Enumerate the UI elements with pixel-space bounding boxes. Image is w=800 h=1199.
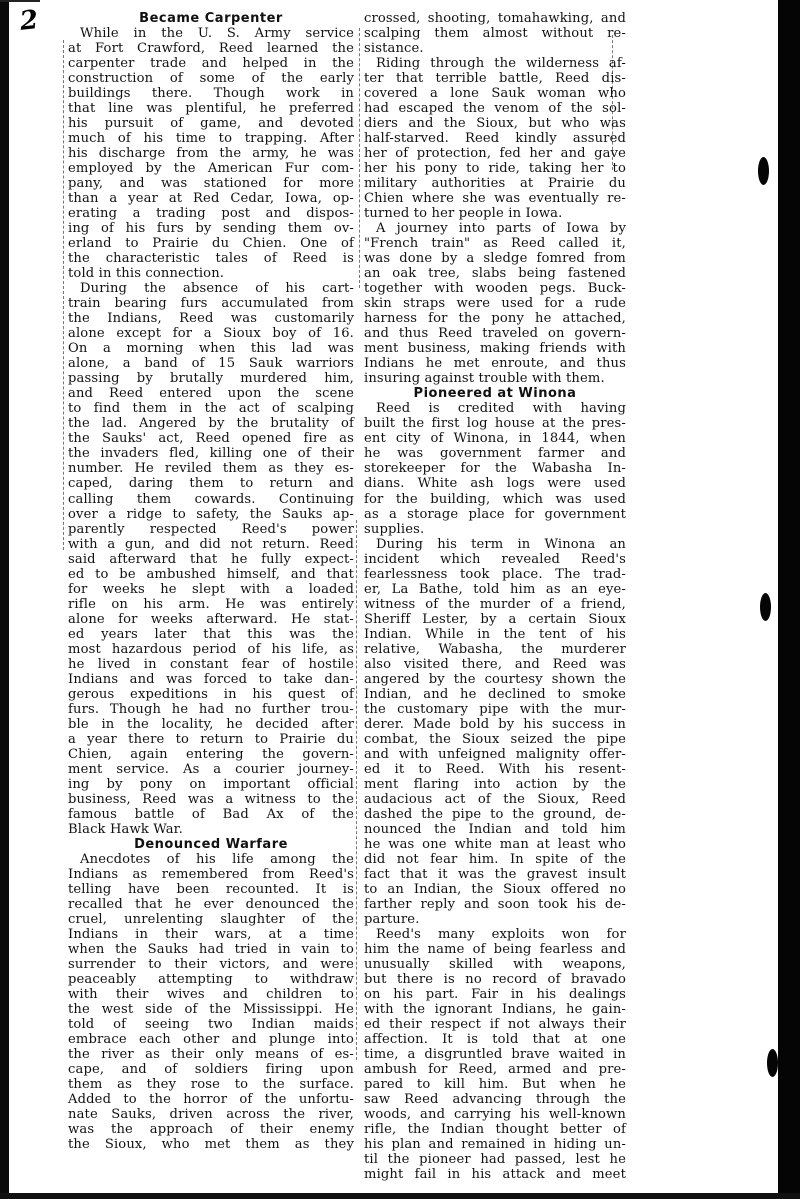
- text-line: ment flaring into action by the: [364, 777, 626, 792]
- hole-punch-mark: [760, 593, 771, 621]
- text-line: her of protection, fed her and gave: [364, 146, 626, 161]
- text-line: saw Reed advancing through the: [364, 1092, 626, 1107]
- text-line: business, Reed was a witness to the: [68, 792, 354, 807]
- text-line: time, a disgruntled brave waited in: [364, 1047, 626, 1062]
- text-line: ing of his furs by sending them ov-: [68, 221, 354, 236]
- text-line: Chien, again entering the govern-: [68, 747, 354, 762]
- text-line: for the building, which was used: [364, 492, 626, 507]
- text-line: the Indians, Reed was customarily: [68, 311, 354, 326]
- text-line: scalping them almost without re-: [364, 26, 626, 41]
- text-line: was done by a sledge fomred from: [364, 251, 626, 266]
- text-line: ment service. As a courier journey-: [68, 762, 354, 777]
- text-line: "French train" as Reed called it,: [364, 236, 626, 251]
- text-line: the invaders fled, killing one of their: [68, 446, 354, 461]
- text-line: the river as their only means of es-: [68, 1047, 354, 1062]
- text-line: and with unfeigned malignity offer-: [364, 747, 626, 762]
- text-line: parently respected Reed's power: [68, 522, 354, 537]
- text-line: skin straps were used for a rude: [364, 296, 626, 311]
- text-line: surrender to their victors, and were: [68, 957, 354, 972]
- text-line: military authorities at Prairie du: [364, 176, 626, 191]
- text-line: him the name of being fearless and: [364, 942, 626, 957]
- text-line: famous battle of Bad Ax of the: [68, 807, 354, 822]
- text-line: furs. Though he had no further trou-: [68, 702, 354, 717]
- text-line: dashed the pipe to the ground, de-: [364, 807, 626, 822]
- text-line: the Sauks' act, Reed opened fire as: [68, 431, 354, 446]
- text-line: as a storage place for government: [364, 507, 626, 522]
- column-divider: [356, 520, 357, 1060]
- text-line: nounced the Indian and told him: [364, 822, 626, 837]
- text-line: number. He reviled them as they es-: [68, 461, 354, 476]
- text-line: supplies.: [364, 522, 626, 537]
- text-line: storekeeper for the Wabasha In-: [364, 461, 626, 476]
- text-line: half-starved. Reed kindly assured: [364, 131, 626, 146]
- text-line: On a morning when this lad was: [68, 341, 354, 356]
- article-column-right: crossed, shooting, tomahawking, andscalp…: [364, 11, 626, 1182]
- text-line: that line was plentiful, he preferred: [68, 101, 354, 116]
- text-line: nate Sauks, driven across the river,: [68, 1107, 354, 1122]
- text-line: carpenter trade and helped in the: [68, 56, 354, 71]
- text-line: to an Indian, the Sioux offered no: [364, 882, 626, 897]
- text-line: Sheriff Lester, by a certain Sioux: [364, 612, 626, 627]
- scan-border-bottom: [0, 1193, 800, 1199]
- text-line: fact that it was the gravest insult: [364, 867, 626, 882]
- text-line: fearlessness took place. The trad-: [364, 567, 626, 582]
- text-line: Chien where she was eventually re-: [364, 191, 626, 206]
- text-line: over a ridge to safety, the Sauks ap-: [68, 507, 354, 522]
- text-line: turned to her people in Iowa.: [364, 206, 626, 221]
- text-line: ed years later that this was the: [68, 627, 354, 642]
- text-line: crossed, shooting, tomahawking, and: [364, 11, 626, 26]
- text-line: ed their respect if not always their: [364, 1017, 626, 1032]
- text-line: cruel, unrelenting slaughter of the: [68, 912, 354, 927]
- text-line: insuring against trouble with them.: [364, 371, 626, 386]
- text-line: said afterward that he fully expect-: [68, 552, 354, 567]
- text-line: his discharge from the army, he was: [68, 146, 354, 161]
- text-line: covered a lone Sauk woman who: [364, 86, 626, 101]
- text-line: alone for weeks afterward. He stat-: [68, 612, 354, 627]
- text-line: relative, Wabasha, the murderer: [364, 642, 626, 657]
- text-line: recalled that he ever denounced the: [68, 897, 354, 912]
- text-line: buildings there. Though work in: [68, 86, 354, 101]
- text-line: might fail in his attack and meet: [364, 1167, 626, 1182]
- section-heading: Became Carpenter: [68, 11, 354, 26]
- scan-artifact: [0, 0, 40, 2]
- hole-punch-mark: [758, 157, 769, 185]
- text-line: but there is no record of bravado: [364, 972, 626, 987]
- text-line: ent city of Winona, in 1844, when: [364, 431, 626, 446]
- text-line: embrace each other and plunge into: [68, 1032, 354, 1047]
- text-line: his plan and remained in hiding un-: [364, 1137, 626, 1152]
- text-line: combat, the Sioux seized the pipe: [364, 732, 626, 747]
- text-line: ed it to Reed. With his resent-: [364, 762, 626, 777]
- text-line: much of his time to trapping. After: [68, 131, 354, 146]
- text-line: Indians and was forced to take dan-: [68, 672, 354, 687]
- text-line: the west side of the Mississippi. He: [68, 1002, 354, 1017]
- text-line: told of seeing two Indian maids: [68, 1017, 354, 1032]
- text-line: was the approach of their enemy: [68, 1122, 354, 1137]
- text-line: farther reply and soon took his de-: [364, 897, 626, 912]
- scan-border-right: [778, 0, 800, 1199]
- text-line: peaceably attempting to withdraw: [68, 972, 354, 987]
- text-line: train bearing furs accumulated from: [68, 296, 354, 311]
- text-line: alone except for a Sioux boy of 16.: [68, 326, 354, 341]
- text-line: dians. White ash logs were used: [364, 476, 626, 491]
- text-line: most hazardous period of his life, as: [68, 642, 354, 657]
- text-line: Indian. While in the tent of his: [364, 627, 626, 642]
- text-line: derer. Made bold by his success in: [364, 717, 626, 732]
- text-line: During his term in Winona an: [364, 537, 626, 552]
- text-line: Indians he met enroute, and thus: [364, 356, 626, 371]
- text-line: erland to Prairie du Chien. One of: [68, 236, 354, 251]
- text-line: with the ignorant Indians, he gain-: [364, 1002, 626, 1017]
- text-line: caped, daring them to return and: [68, 476, 354, 491]
- text-line: witness of the murder of a friend,: [364, 597, 626, 612]
- section-heading: Denounced Warfare: [68, 837, 354, 852]
- text-line: telling have been recounted. It is: [68, 882, 354, 897]
- text-line: Black Hawk War.: [68, 822, 354, 837]
- text-line: passing by brutally murdered him,: [68, 371, 354, 386]
- text-line: had escaped the venom of the sol-: [364, 101, 626, 116]
- text-line: calling them cowards. Continuing: [68, 492, 354, 507]
- text-line: construction of some of the early: [68, 71, 354, 86]
- text-line: parture.: [364, 912, 626, 927]
- text-line: A journey into parts of Iowa by: [364, 221, 626, 236]
- text-line: ter that terrible battle, Reed dis-: [364, 71, 626, 86]
- text-line: Indians as remembered from Reed's: [68, 867, 354, 882]
- text-line: angered by the courtesy shown the: [364, 672, 626, 687]
- text-line: Indians in their wars, at a time: [68, 927, 354, 942]
- text-line: ed to be ambushed himself, and that: [68, 567, 354, 582]
- text-line: diers and the Sioux, but who was: [364, 116, 626, 131]
- text-line: the lad. Angered by the brutality of: [68, 416, 354, 431]
- text-line: Reed is credited with having: [364, 401, 626, 416]
- text-line: incident which revealed Reed's: [364, 552, 626, 567]
- text-line: her his pony to ride, taking her to: [364, 161, 626, 176]
- text-line: er, La Bathe, told him as an eye-: [364, 582, 626, 597]
- column-divider: [359, 28, 360, 288]
- text-line: for weeks he slept with a loaded: [68, 582, 354, 597]
- text-line: on his part. Fair in his dealings: [364, 987, 626, 1002]
- text-line: built the first log house at the pres-: [364, 416, 626, 431]
- text-line: affection. It is told that at one: [364, 1032, 626, 1047]
- text-line: til the pioneer had passed, lest he: [364, 1152, 626, 1167]
- text-line: Anecdotes of his life among the: [68, 852, 354, 867]
- text-line: woods, and carrying his well-known: [364, 1107, 626, 1122]
- text-line: he was government farmer and: [364, 446, 626, 461]
- text-line: ing by pony on important official: [68, 777, 354, 792]
- text-line: told in this connection.: [68, 266, 354, 281]
- text-line: a year there to return to Prairie du: [68, 732, 354, 747]
- text-line: rifle, the Indian thought better of: [364, 1122, 626, 1137]
- text-line: ble in the locality, he decided after: [68, 717, 354, 732]
- text-line: alone, a band of 15 Sauk warriors: [68, 356, 354, 371]
- text-line: During the absence of his cart-: [68, 281, 354, 296]
- text-line: his pursuit of game, and devoted: [68, 116, 354, 131]
- text-line: gerous expeditions in his quest of: [68, 687, 354, 702]
- scan-border-left: [0, 0, 9, 1199]
- text-line: at Fort Crawford, Reed learned the: [68, 41, 354, 56]
- text-line: erating a trading post and dispos-: [68, 206, 354, 221]
- text-line: to find them in the act of scalping: [68, 401, 354, 416]
- handwritten-page-number: 2: [18, 5, 39, 37]
- text-line: ambush for Reed, armed and pre-: [364, 1062, 626, 1077]
- text-line: he was one white man at least who: [364, 837, 626, 852]
- text-line: pany, and was stationed for more: [68, 176, 354, 191]
- text-line: he lived in constant fear of hostile: [68, 657, 354, 672]
- text-line: with a gun, and did not return. Reed: [68, 537, 354, 552]
- text-line: and thus Reed traveled on govern-: [364, 326, 626, 341]
- text-line: when the Sauks had tried in vain to: [68, 942, 354, 957]
- text-line: did not fear him. In spite of the: [364, 852, 626, 867]
- text-line: them as they rose to the surface.: [68, 1077, 354, 1092]
- text-line: Indian, and he declined to smoke: [364, 687, 626, 702]
- text-line: unusually skilled with weapons,: [364, 957, 626, 972]
- text-line: the characteristic tales of Reed is: [68, 251, 354, 266]
- text-line: than a year at Red Cedar, Iowa, op-: [68, 191, 354, 206]
- text-line: ment business, making friends with: [364, 341, 626, 356]
- text-line: the customary pipe with the mur-: [364, 702, 626, 717]
- text-line: and Reed entered upon the scene: [68, 386, 354, 401]
- text-line: Added to the horror of the unfortu-: [68, 1092, 354, 1107]
- article-column-left: Became CarpenterWhile in the U. S. Army …: [68, 11, 354, 1152]
- text-line: the Sioux, who met them as they: [68, 1137, 354, 1152]
- text-line: cape, and of soldiers firing upon: [68, 1062, 354, 1077]
- text-line: audacious act of the Sioux, Reed: [364, 792, 626, 807]
- text-line: pared to kill him. But when he: [364, 1077, 626, 1092]
- text-line: with their wives and children to: [68, 987, 354, 1002]
- text-line: While in the U. S. Army service: [68, 26, 354, 41]
- hole-punch-mark: [767, 1049, 778, 1077]
- text-line: Reed's many exploits won for: [364, 927, 626, 942]
- text-line: harness for the pony he attached,: [364, 311, 626, 326]
- text-line: an oak tree, slabs being fastened: [364, 266, 626, 281]
- text-line: Riding through the wilderness af-: [364, 56, 626, 71]
- text-line: also visited there, and Reed was: [364, 657, 626, 672]
- text-line: together with wooden pegs. Buck-: [364, 281, 626, 296]
- text-line: sistance.: [364, 41, 626, 56]
- text-line: rifle on his arm. He was entirely: [68, 597, 354, 612]
- section-heading: Pioneered at Winona: [364, 386, 626, 401]
- text-line: employed by the American Fur com-: [68, 161, 354, 176]
- column-rule-left-margin: [63, 40, 64, 550]
